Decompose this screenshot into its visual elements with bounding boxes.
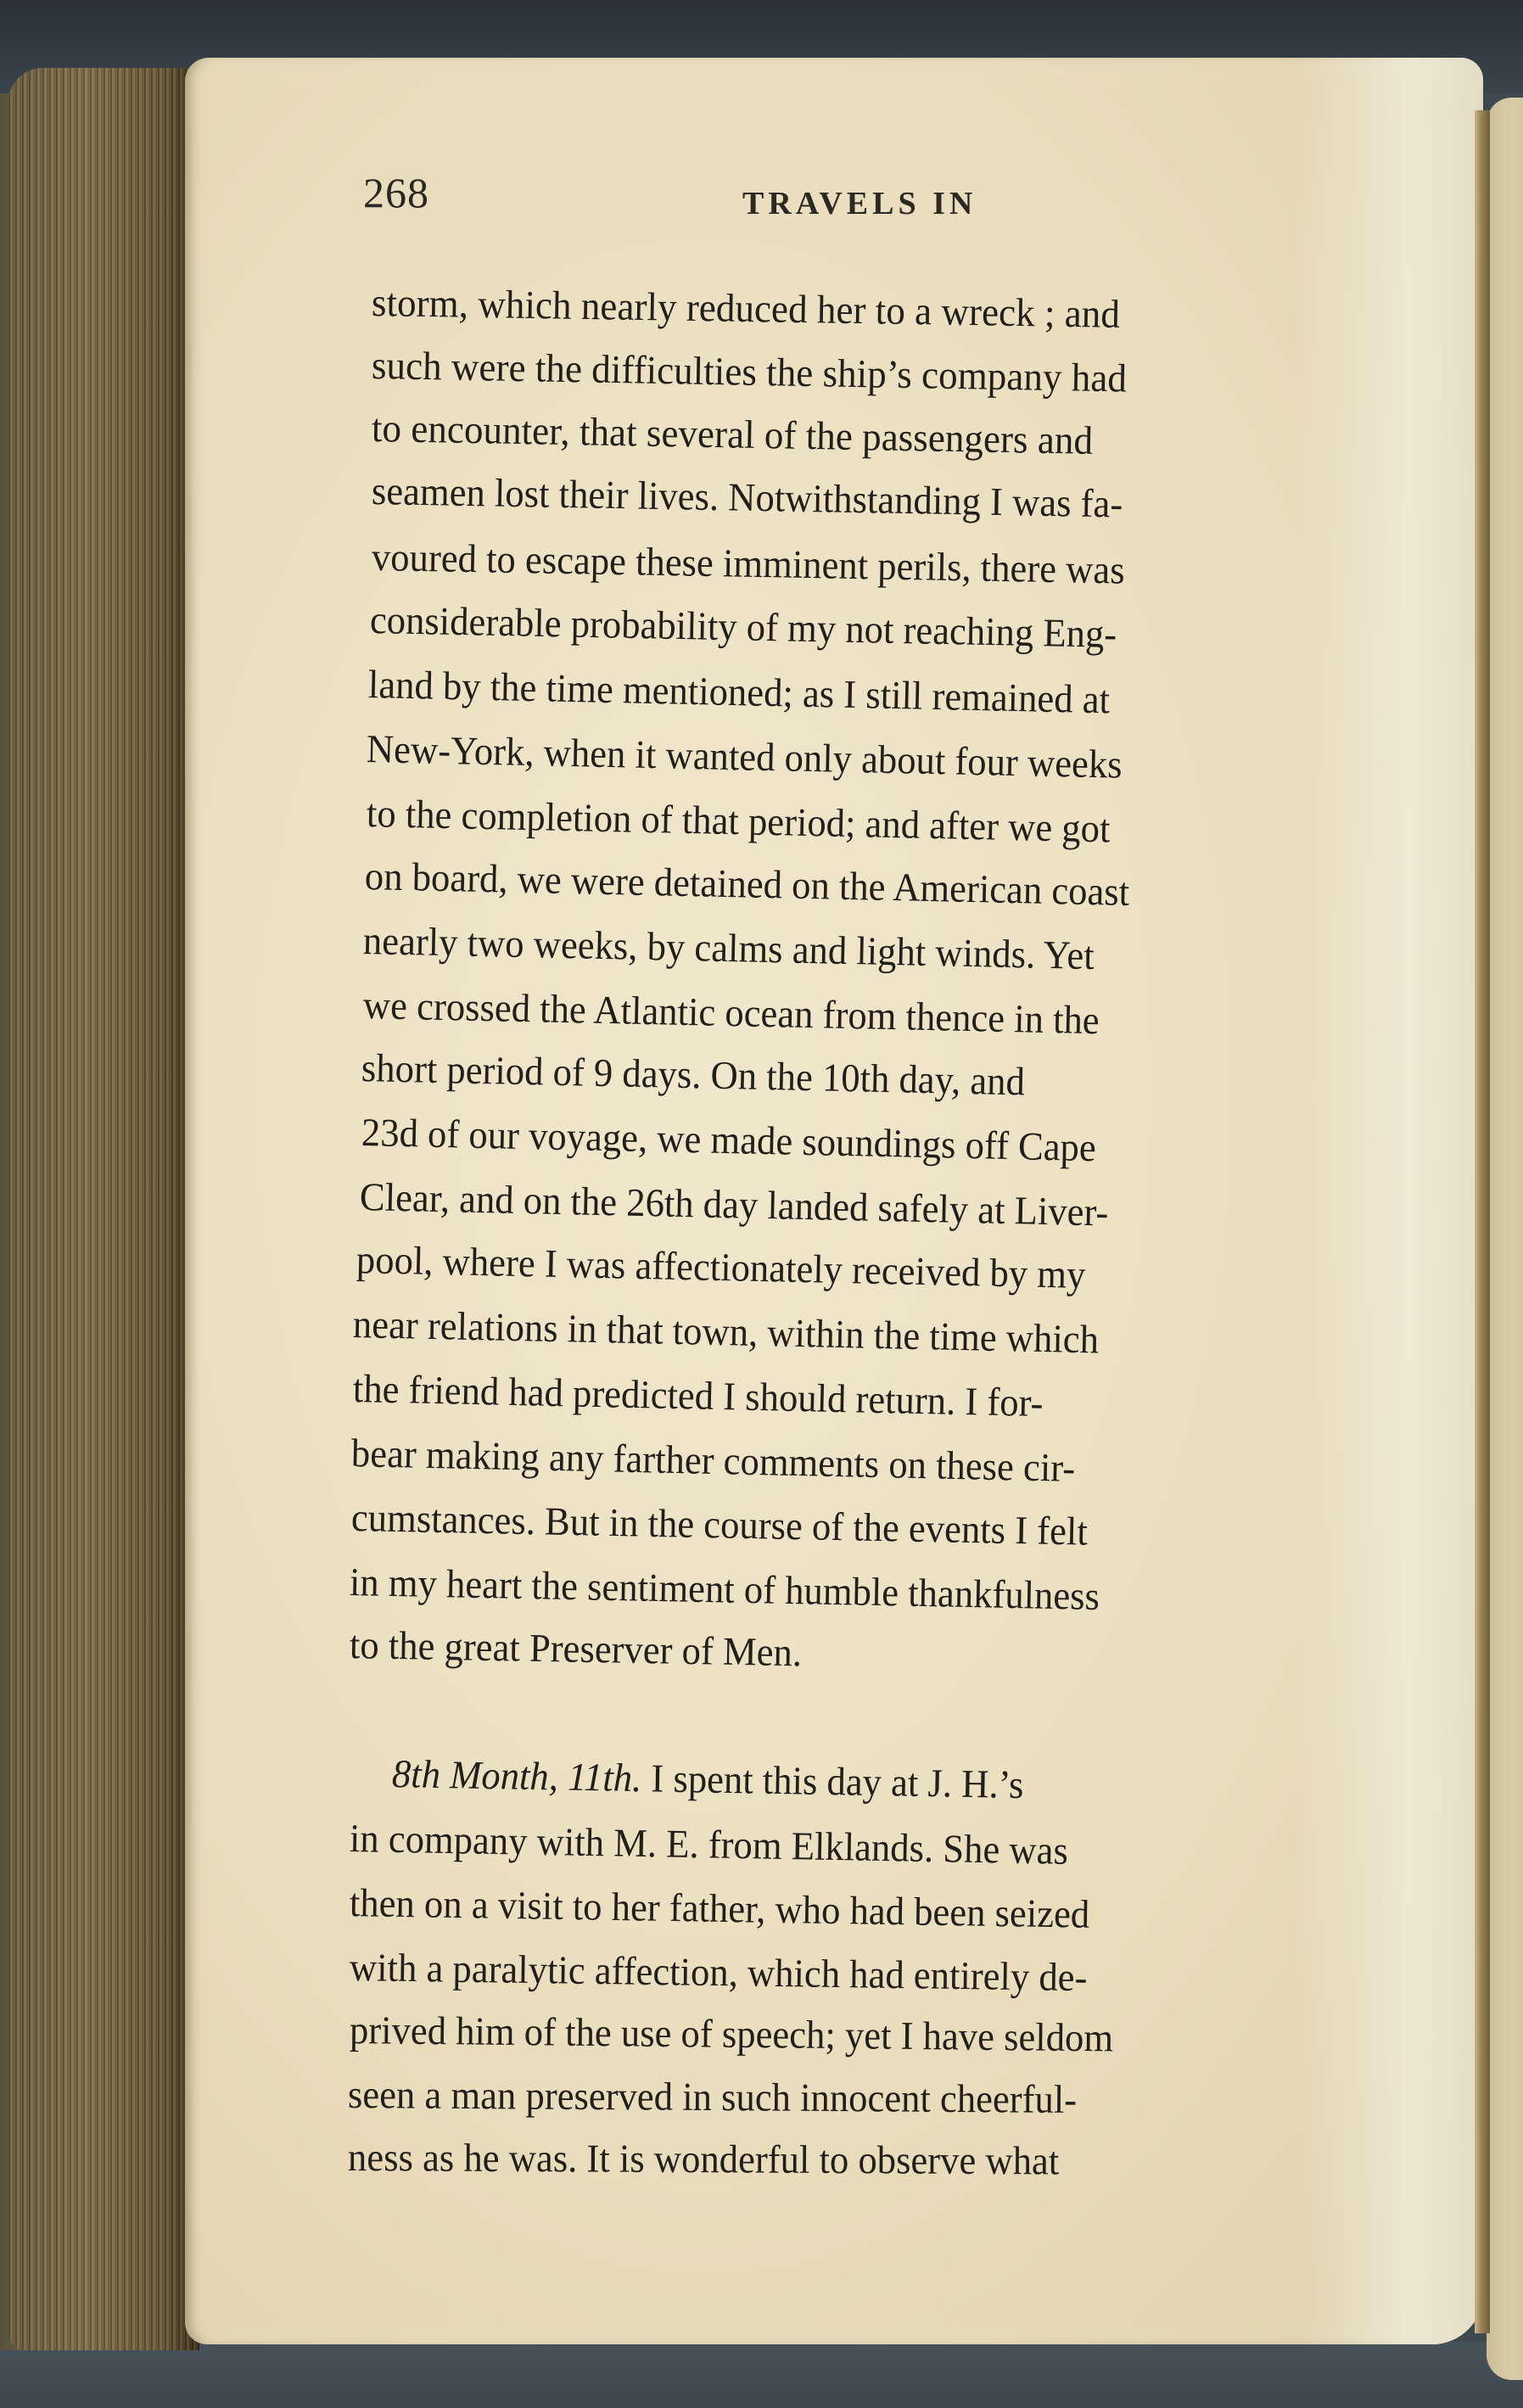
text-line: seen a man preserved in such innocent ch…	[348, 2072, 1078, 2123]
text-line-rest: I spent this day at J. H.’s	[641, 1756, 1024, 1807]
book-page-edges	[8, 68, 199, 2350]
text-line: ness as he was. It is wonderful to obser…	[348, 2135, 1060, 2184]
page-number: 268	[363, 168, 429, 217]
scan-backdrop-bottom	[0, 2342, 1523, 2408]
book-gutter	[1475, 110, 1490, 2333]
facing-page-edge	[1487, 98, 1523, 2380]
date-heading: 8th Month, 11th.	[392, 1752, 642, 1800]
text-line: prived him of the use of speech; yet I h…	[350, 2008, 1114, 2061]
text-line: to the great Preserver of Men.	[350, 1622, 803, 1676]
running-title: TRAVELS IN	[742, 185, 977, 222]
